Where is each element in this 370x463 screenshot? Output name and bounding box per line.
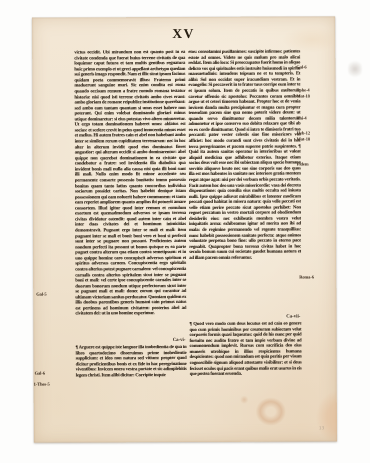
margin-note-right: Mat-18 <box>297 136 310 141</box>
text-column-right: etos: consolamini pusillanimes: suscipit… <box>188 49 301 388</box>
chapter-marker-vi: Ca-vi- <box>169 338 186 344</box>
margin-note-right: Thi-4 <box>297 115 307 120</box>
left-column-text: victus occidit. Ubi mirandum non est qua… <box>74 50 186 341</box>
foxing-stain-large <box>315 389 337 442</box>
margin-note-right: Ephe-4 <box>296 87 309 92</box>
margin-note-right: Gal-6 <box>296 64 306 69</box>
chapter-marker-vii: Ca-vii- <box>282 314 300 320</box>
margin-note-right: Roma-6 <box>299 274 314 279</box>
foxing-stain-ring <box>256 398 286 426</box>
margin-note-left: Gal-6 <box>35 371 45 376</box>
background-smudge <box>348 60 362 80</box>
page-header-numeral: XV <box>32 24 335 42</box>
margin-note-right: Heb-12 <box>297 130 310 135</box>
margin-note-left: 1-Thes-5 <box>34 382 50 387</box>
text-column-left: victus occidit. Ubi mirandum non est qua… <box>74 50 186 389</box>
foxing-stain-small <box>240 396 249 404</box>
margin-note-right: Fidem <box>297 161 309 166</box>
margin-note-right: Mat-18 <box>296 93 309 98</box>
folio-number-pencil: 13 <box>319 426 325 432</box>
margin-note-left: Gal-5 <box>36 292 46 297</box>
book-page: XV victus occidit. Ubi mirandum non est … <box>32 16 337 442</box>
right-column-chapter-paragraph: ¶ Quod vero modo cum deus locutus est ad… <box>189 321 301 388</box>
left-column-chapter-paragraph: ¶ Arguere est quippe iste languor illa i… <box>76 345 187 389</box>
right-column-text: etos: consolamini pusillanimes: suscipit… <box>188 49 301 316</box>
scan-background: XV victus occidit. Ubi mirandum non est … <box>0 0 370 463</box>
